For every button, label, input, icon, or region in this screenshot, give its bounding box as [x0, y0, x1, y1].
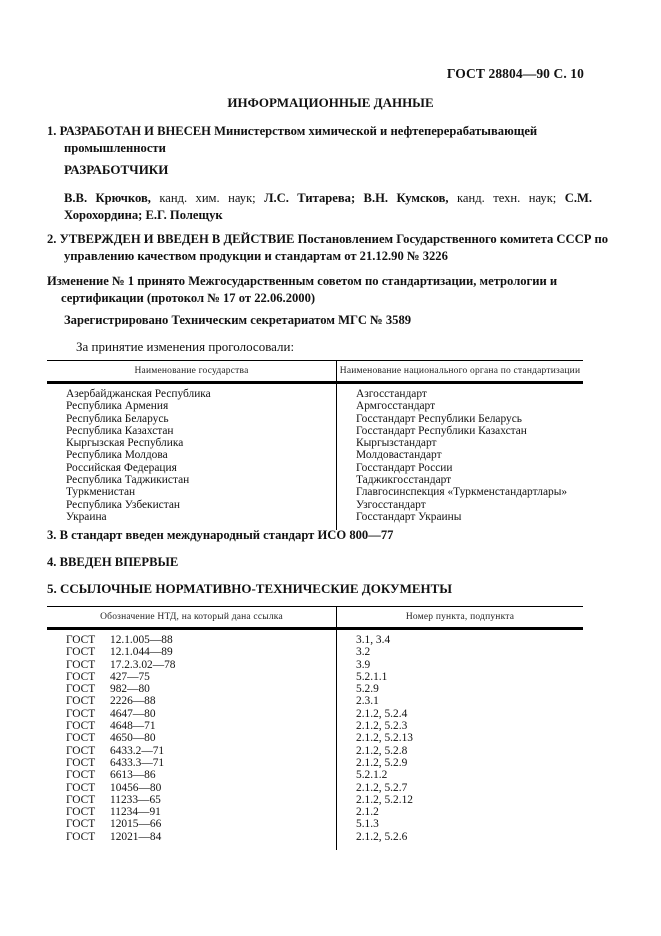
reference-row: ГОСТ427—755.2.1.1 [47, 671, 583, 683]
doc-number: 2226—88 [110, 695, 156, 707]
reference-clause: 2.1.2, 5.2.7 [337, 782, 584, 794]
voting-table: Наименование государства Наименование на… [47, 360, 583, 530]
reference-clause: 5.1.3 [337, 818, 584, 830]
reference-row: ГОСТ4647—802.1.2, 5.2.4 [47, 708, 583, 720]
standards-body-name: Госстандарт Республики Казахстан [337, 425, 584, 437]
state-name: Республика Армения [47, 400, 337, 412]
reference-doc: ГОСТ17.2.3.02—78 [47, 659, 337, 671]
reference-doc: ГОСТ11233—65 [47, 794, 337, 806]
page-header: ГОСТ 28804—90 С. 10 [447, 66, 584, 82]
reference-clause: 2.1.2, 5.2.12 [337, 794, 584, 806]
doc-number: 10456—80 [110, 782, 161, 794]
state-name: Республика Молдова [47, 449, 337, 461]
reference-doc: ГОСТ427—75 [47, 671, 337, 683]
state-name: Республика Беларусь [47, 413, 337, 425]
doc-prefix: ГОСТ [66, 732, 110, 744]
reference-row: ГОСТ10456—802.1.2, 5.2.7 [47, 782, 583, 794]
reference-clause: 2.1.2, 5.2.9 [337, 757, 584, 769]
standards-body-name: Молдовастандарт [337, 449, 584, 461]
doc-number: 4648—71 [110, 720, 156, 732]
state-name: Республика Казахстан [47, 425, 337, 437]
references-table: Обозначение НТД, на который дана ссылка … [47, 606, 583, 850]
doc-prefix: ГОСТ [66, 646, 110, 658]
voting-row: Республика БеларусьГосстандарт Республик… [47, 413, 583, 425]
reference-clause: 2.1.2, 5.2.13 [337, 732, 584, 744]
reference-clause: 2.1.2 [337, 806, 584, 818]
reference-row: ГОСТ17.2.3.02—783.9 [47, 659, 583, 671]
doc-number: 12021—84 [110, 831, 161, 843]
voting-row: Республика МолдоваМолдовастандарт [47, 449, 583, 461]
reference-row: ГОСТ12.1.005—883.1, 3.4 [47, 629, 583, 647]
doc-number: 4647—80 [110, 708, 156, 720]
doc-number: 982—80 [110, 683, 150, 695]
doc-number: 12.1.005—88 [110, 634, 173, 646]
section-1-number: 1. [47, 124, 56, 138]
voting-header-state: Наименование государства [47, 361, 337, 383]
doc-prefix: ГОСТ [66, 757, 110, 769]
doc-prefix: ГОСТ [66, 782, 110, 794]
state-name: Российская Федерация [47, 462, 337, 474]
state-name: Кыргызская Республика [47, 437, 337, 449]
reference-doc: ГОСТ4648—71 [47, 720, 337, 732]
standards-body-name: Госстандарт Республики Беларусь [337, 413, 584, 425]
reference-doc: ГОСТ12015—66 [47, 818, 337, 830]
doc-prefix: ГОСТ [66, 708, 110, 720]
reference-row: ГОСТ6433.3—712.1.2, 5.2.9 [47, 757, 583, 769]
standards-body-name: Азгосстандарт [337, 383, 584, 401]
doc-prefix: ГОСТ [66, 769, 110, 781]
doc-prefix: ГОСТ [66, 659, 110, 671]
doc-prefix: ГОСТ [66, 671, 110, 683]
reference-row: ГОСТ6433.2—712.1.2, 5.2.8 [47, 745, 583, 757]
reference-row: ГОСТ12015—665.1.3 [47, 818, 583, 830]
author-name: В.Н. Кумсков, [364, 191, 449, 205]
developers-heading: РАЗРАБОТЧИКИ [64, 162, 168, 178]
voting-row: ТуркменистанГлавгосинспекция «Туркменста… [47, 486, 583, 498]
reference-clause: 3.2 [337, 646, 584, 658]
state-name: Туркменистан [47, 486, 337, 498]
doc-number: 427—75 [110, 671, 150, 683]
reference-clause: 5.2.1.1 [337, 671, 584, 683]
reference-row: ГОСТ11233—652.1.2, 5.2.12 [47, 794, 583, 806]
author-name: Л.С. Титарева; [264, 191, 355, 205]
section-3: 3. В стандарт введен международный станд… [47, 528, 393, 543]
voting-row: Азербайджанская РеспубликаАзгосстандарт [47, 383, 583, 401]
reference-doc: ГОСТ6433.3—71 [47, 757, 337, 769]
doc-prefix: ГОСТ [66, 720, 110, 732]
state-name: Азербайджанская Республика [47, 383, 337, 401]
doc-prefix: ГОСТ [66, 683, 110, 695]
author-name: В.В. Крючков, [64, 191, 151, 205]
reference-row: ГОСТ4648—712.1.2, 5.2.3 [47, 720, 583, 732]
reference-row: ГОСТ6613—865.2.1.2 [47, 769, 583, 781]
voting-row: Республика АрменияАрмгосстандарт [47, 400, 583, 412]
doc-number: 6613—86 [110, 769, 156, 781]
registration-note: Зарегистрировано Техническим секретариат… [64, 313, 411, 328]
reference-doc: ГОСТ12.1.044—89 [47, 646, 337, 658]
amendment-text: Изменение № 1 принято Межгосударственным… [47, 274, 557, 305]
doc-prefix: ГОСТ [66, 634, 110, 646]
reference-clause: 2.1.2, 5.2.4 [337, 708, 584, 720]
section-2: 2. УТВЕРЖДЕН И ВВЕДЕН В ДЕЙСТВИЕ Постано… [47, 231, 609, 265]
amendment-note: Изменение № 1 принято Межгосударственным… [47, 273, 606, 307]
state-name: Республика Таджикистан [47, 474, 337, 486]
page-title: ИНФОРМАЦИОННЫЕ ДАННЫЕ [0, 95, 661, 111]
state-name: Республика Узбекистан [47, 499, 337, 511]
section-1: 1. РАЗРАБОТАН И ВНЕСЕН Министерством хим… [47, 123, 609, 157]
reference-clause: 3.1, 3.4 [337, 629, 584, 647]
reference-row: ГОСТ982—805.2.9 [47, 683, 583, 695]
reference-doc: ГОСТ10456—80 [47, 782, 337, 794]
doc-number: 12.1.044—89 [110, 646, 173, 658]
section-1-lead: РАЗРАБОТАН И ВНЕСЕН [60, 124, 211, 138]
reference-clause: 2.1.2, 5.2.6 [337, 831, 584, 850]
references-header-doc: Обозначение НТД, на который дана ссылка [47, 607, 337, 629]
authors-list: В.В. Крючков, канд. хим. наук; Л.С. Тита… [64, 190, 592, 224]
voting-row: Российская ФедерацияГосстандарт России [47, 462, 583, 474]
standards-body-name: Таджикгосстандарт [337, 474, 584, 486]
standards-body-name: Кыргызстандарт [337, 437, 584, 449]
doc-prefix: ГОСТ [66, 695, 110, 707]
reference-doc: ГОСТ4647—80 [47, 708, 337, 720]
reference-clause: 2.1.2, 5.2.8 [337, 745, 584, 757]
author-name: Е.Г. Полещук [145, 208, 222, 222]
doc-prefix: ГОСТ [66, 794, 110, 806]
doc-prefix: ГОСТ [66, 806, 110, 818]
voting-row: Республика ТаджикистанТаджикгосстандарт [47, 474, 583, 486]
voted-intro: За принятие изменения проголосовали: [76, 339, 294, 355]
reference-doc: ГОСТ11234—91 [47, 806, 337, 818]
standards-body-name: Узгосстандарт [337, 499, 584, 511]
section-5: 5. ССЫЛОЧНЫЕ НОРМАТИВНО-ТЕХНИЧЕСКИЕ ДОКУ… [47, 581, 452, 597]
voting-header-body: Наименование национального органа по ста… [337, 361, 584, 383]
standards-body-name: Госстандарт России [337, 462, 584, 474]
voting-row: Республика КазахстанГосстандарт Республи… [47, 425, 583, 437]
author-title: канд. техн. наук; [457, 191, 556, 205]
author-title: канд. хим. наук; [159, 191, 255, 205]
doc-number: 12015—66 [110, 818, 161, 830]
reference-doc: ГОСТ6433.2—71 [47, 745, 337, 757]
doc-prefix: ГОСТ [66, 831, 110, 843]
reference-clause: 2.1.2, 5.2.3 [337, 720, 584, 732]
doc-number: 11233—65 [110, 794, 161, 806]
section-4: 4. ВВЕДЕН ВПЕРВЫЕ [47, 555, 178, 570]
reference-doc: ГОСТ982—80 [47, 683, 337, 695]
reference-doc: ГОСТ6613—86 [47, 769, 337, 781]
reference-doc: ГОСТ12.1.005—88 [47, 629, 337, 647]
doc-prefix: ГОСТ [66, 818, 110, 830]
voting-row: Кыргызская РеспубликаКыргызстандарт [47, 437, 583, 449]
reference-clause: 3.9 [337, 659, 584, 671]
doc-number: 4650—80 [110, 732, 156, 744]
standards-body-name: Армгосстандарт [337, 400, 584, 412]
reference-doc: ГОСТ2226—88 [47, 695, 337, 707]
section-2-lead: УТВЕРЖДЕН И ВВЕДЕН В ДЕЙСТВИЕ [60, 232, 295, 246]
reference-row: ГОСТ4650—802.1.2, 5.2.13 [47, 732, 583, 744]
doc-number: 17.2.3.02—78 [110, 659, 176, 671]
reference-row: ГОСТ12021—842.1.2, 5.2.6 [47, 831, 583, 850]
reference-row: ГОСТ12.1.044—893.2 [47, 646, 583, 658]
doc-number: 11234—91 [110, 806, 161, 818]
standards-body-name: Главгосинспекция «Туркменстандартлары» [337, 486, 584, 498]
reference-row: ГОСТ2226—882.3.1 [47, 695, 583, 707]
reference-doc: ГОСТ12021—84 [47, 831, 337, 850]
reference-clause: 5.2.1.2 [337, 769, 584, 781]
reference-clause: 5.2.9 [337, 683, 584, 695]
doc-number: 6433.3—71 [110, 757, 164, 769]
reference-doc: ГОСТ4650—80 [47, 732, 337, 744]
doc-number: 6433.2—71 [110, 745, 164, 757]
doc-prefix: ГОСТ [66, 745, 110, 757]
voting-row: Республика УзбекистанУзгосстандарт [47, 499, 583, 511]
section-2-number: 2. [47, 232, 56, 246]
references-header-clause: Номер пункта, подпункта [337, 607, 584, 629]
reference-row: ГОСТ11234—912.1.2 [47, 806, 583, 818]
reference-clause: 2.3.1 [337, 695, 584, 707]
